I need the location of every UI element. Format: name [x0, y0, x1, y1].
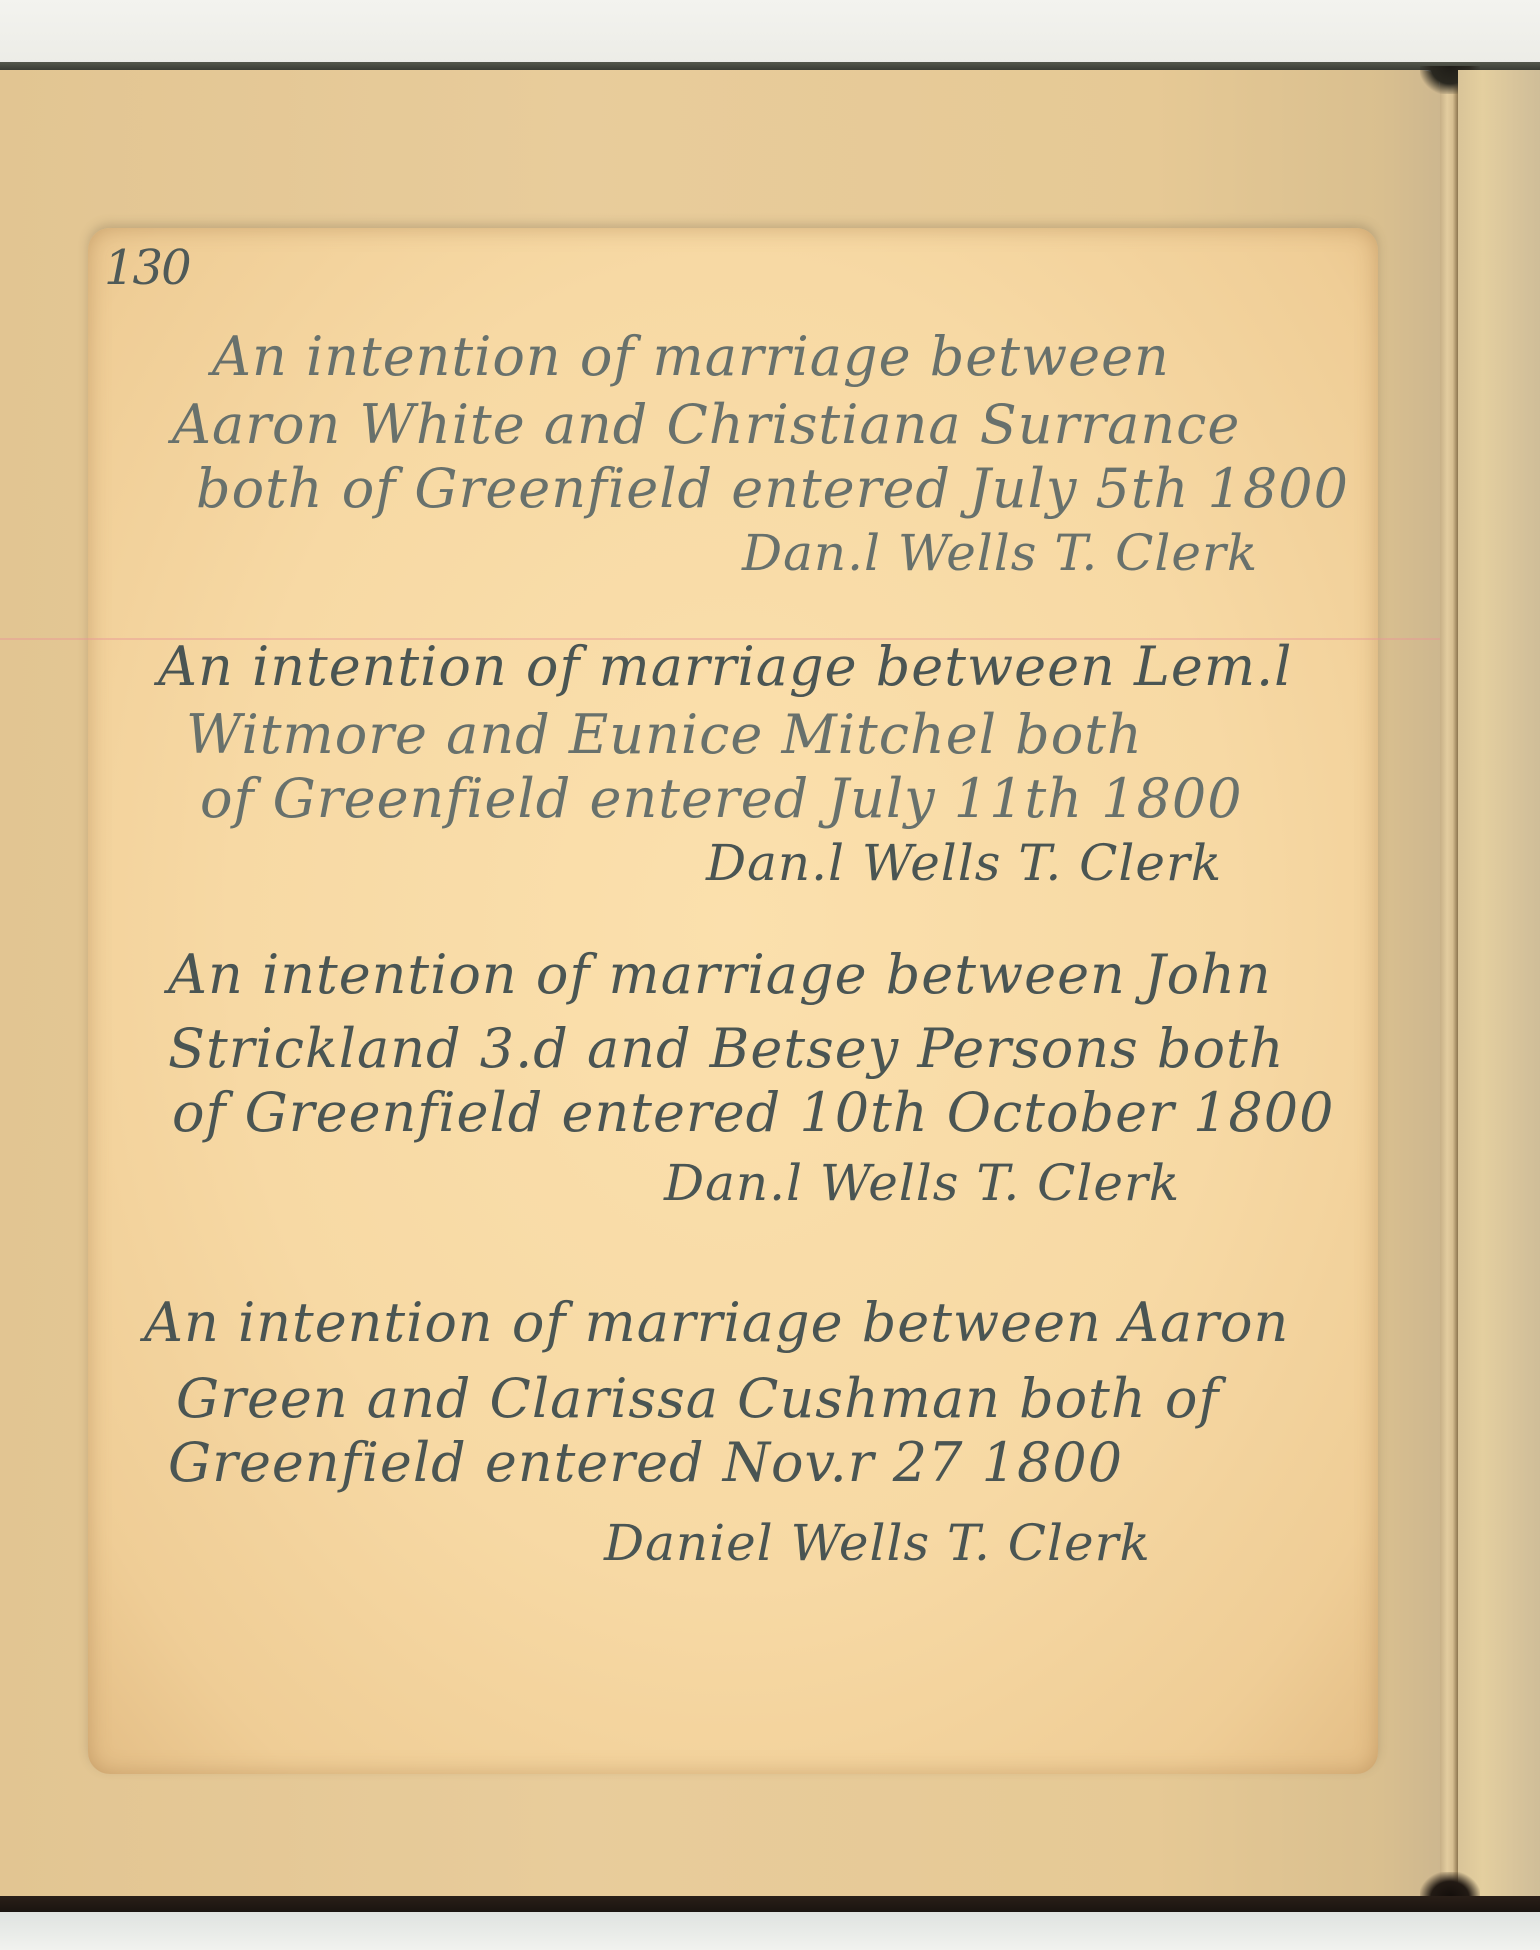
book-cover-bottom-edge — [0, 1896, 1540, 1912]
entry-line: An intention of marriage between Aaron — [144, 1296, 1289, 1350]
entry-line: Witmore and Eunice Mitchel both — [186, 708, 1143, 762]
scan-background-top — [0, 0, 1540, 66]
entry-line: of Greenfield entered July 11th 1800 — [200, 772, 1243, 826]
clerk-signature: Daniel Wells T. Clerk — [604, 1518, 1151, 1568]
entry-line: both of Greenfield entered July 5th 1800 — [196, 462, 1349, 516]
entry-line: Strickland 3.d and Betsey Persons both — [168, 1022, 1284, 1076]
entry-line: of Greenfield entered 10th October 1800 — [172, 1086, 1334, 1140]
clerk-signature: Dan.l Wells T. Clerk — [742, 528, 1258, 578]
right-leaf-page-edge — [1458, 70, 1540, 1898]
entry-line: An intention of marriage between Lem.l — [158, 640, 1292, 694]
clerk-signature: Dan.l Wells T. Clerk — [706, 838, 1222, 888]
entry-line: Green and Clarissa Cushman both of — [176, 1372, 1219, 1426]
scan-background-bottom — [0, 1912, 1540, 1950]
entry-line: Aaron White and Christiana Surrance — [172, 398, 1240, 452]
clerk-signature: Dan.l Wells T. Clerk — [664, 1158, 1180, 1208]
book-cover-top-edge — [0, 62, 1540, 70]
page-number: 130 — [104, 240, 190, 296]
entry-line: An intention of marriage between John — [168, 948, 1272, 1002]
gutter-shadow-bottom — [1420, 1872, 1480, 1898]
entry-line: Greenfield entered Nov.r 27 1800 — [168, 1436, 1123, 1490]
book-gutter — [1440, 66, 1458, 1898]
entry-line: An intention of marriage between — [212, 330, 1170, 384]
